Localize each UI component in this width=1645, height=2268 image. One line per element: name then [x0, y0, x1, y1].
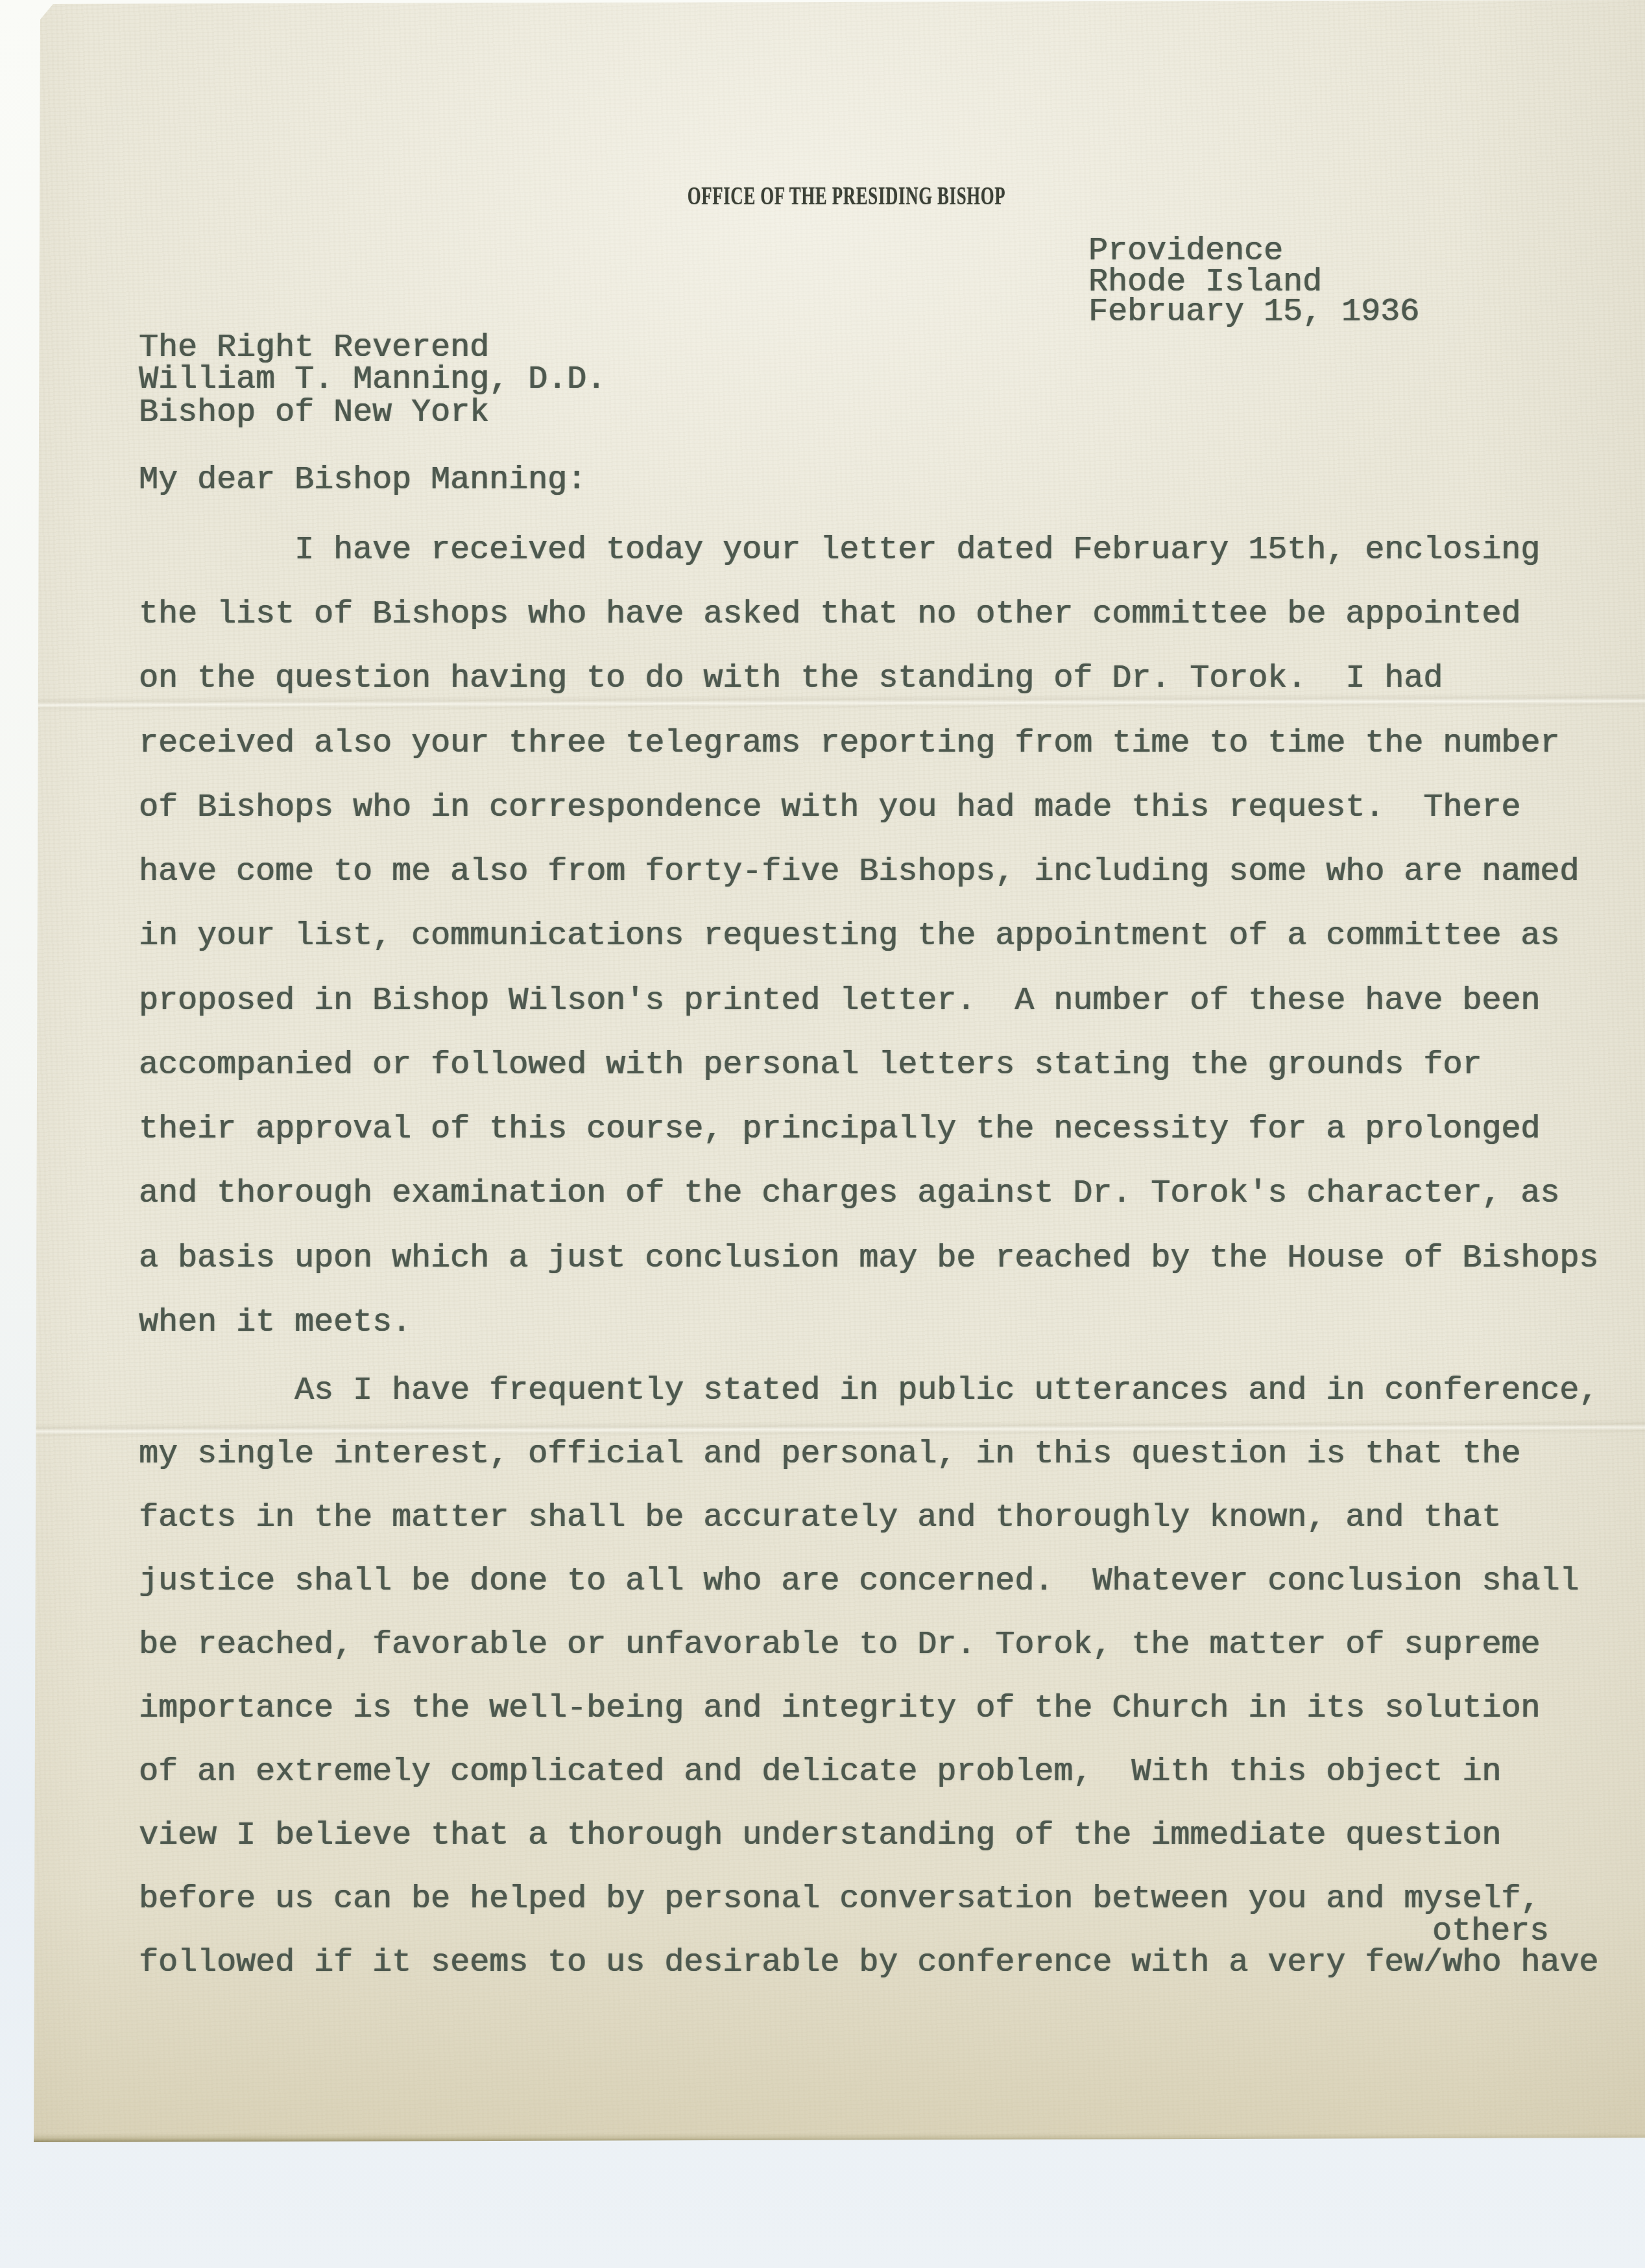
recipient-line: William T. Manning, D.D. — [139, 364, 606, 396]
dateline-city: Providence — [1088, 235, 1283, 268]
scanned-letter-page: { "colors": { "paper": "#e9e6d7", "ink":… — [0, 0, 1645, 2268]
body-line: before us can be helped by personal conv… — [139, 1883, 1540, 1916]
body-line: on the question having to do with the st… — [139, 663, 1443, 695]
body-line: the list of Bishops who have asked that … — [139, 599, 1520, 631]
body-line: justice shall be done to all who are con… — [139, 1566, 1579, 1598]
body-line: my single interest, official and persona… — [139, 1438, 1520, 1471]
dateline-date: February 15, 1936 — [1088, 296, 1419, 329]
letterhead: OFFICE OF THE PRESIDING BISHOP — [688, 183, 1006, 209]
body-line: be reached, favorable or unfavorable to … — [139, 1629, 1540, 1662]
letter-sheet: OFFICE OF THE PRESIDING BISHOP Providenc… — [0, 0, 1645, 2143]
body-line: accompanied or followed with personal le… — [139, 1049, 1482, 1082]
salutation: My dear Bishop Manning: — [139, 464, 586, 497]
body-line: I have received today your letter dated … — [294, 534, 1540, 567]
interline-insertion-word: others — [1432, 1916, 1549, 1948]
body-line: As I have frequently stated in public ut… — [294, 1375, 1598, 1407]
body-line: have come to me also from forty-five Bis… — [139, 856, 1579, 889]
body-line: proposed in Bishop Wilson's printed lett… — [139, 985, 1540, 1018]
body-line: received also your three telegrams repor… — [139, 728, 1559, 760]
body-line: importance is the well-being and integri… — [139, 1693, 1540, 1725]
body-line: of Bishops who in correspondence with yo… — [139, 792, 1520, 824]
body-line: in your list, communications requesting … — [139, 920, 1559, 953]
recipient-line: The Right Reverend — [139, 332, 489, 364]
body-line: view I believe that a thorough understan… — [139, 1820, 1501, 1852]
body-line: when it meets. — [139, 1307, 411, 1339]
body-line: of an extremely complicated and delicate… — [139, 1756, 1501, 1789]
body-line: a basis upon which a just conclusion may… — [139, 1243, 1598, 1275]
body-line: and thorough examination of the charges … — [139, 1178, 1559, 1210]
body-line: followed if it seems to us desirable by … — [139, 1947, 1598, 1979]
recipient-line: Bishop of New York — [139, 397, 489, 429]
body-line: facts in the matter shall be accurately … — [139, 1502, 1501, 1534]
body-line: their approval of this course, principal… — [139, 1114, 1540, 1146]
